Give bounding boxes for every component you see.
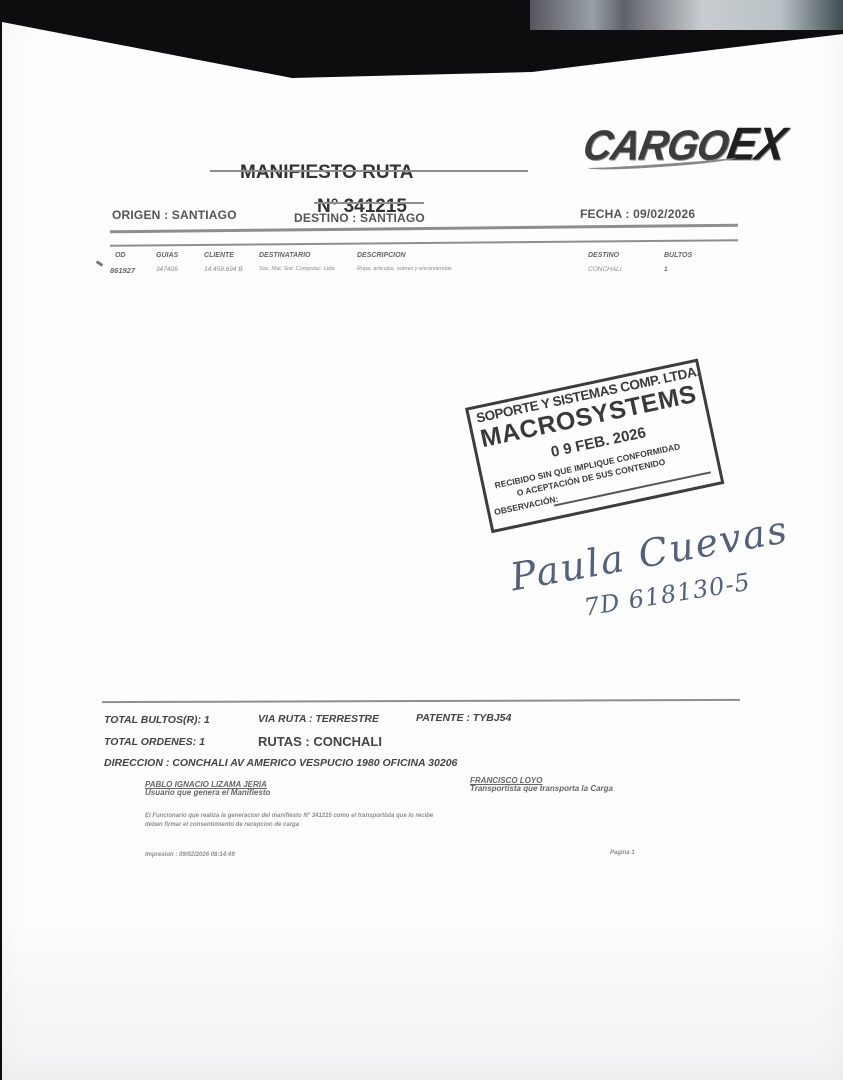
- table-header-rule: [110, 239, 738, 246]
- cell-bultos: 1: [664, 266, 668, 273]
- patente: PATENTE : TYBJ54: [416, 712, 511, 724]
- direccion: DIRECCION : CONCHALI AV AMERICO VESPUCIO…: [104, 757, 457, 769]
- document-title: MANIFIESTO RUTA: [240, 162, 413, 184]
- print-timestamp: Impresion : 09/02/2026 08:14:49: [145, 852, 235, 858]
- reception-stamp: SOPORTE Y SISTEMAS COMP. LTDA. MACROSYST…: [465, 359, 724, 534]
- pen-mark: [96, 260, 103, 266]
- col-header-destino: DESTINO: [588, 252, 619, 259]
- logo-accent: EX: [723, 119, 789, 170]
- generator-role: Usuario que genera el Manifiesto: [145, 788, 270, 797]
- cell-guias: 347406: [156, 266, 178, 273]
- number-rule: [314, 202, 424, 204]
- total-ordenes: TOTAL ORDENES: 1: [104, 736, 205, 748]
- col-header-guias: GUIAS: [156, 252, 178, 259]
- cell-destinatario: Soc. Mac Sist. Computac. Ltda: [259, 266, 335, 272]
- fine-print-line-2: deben firmar el consentimiento de recepc…: [145, 822, 299, 828]
- total-bultos: TOTAL BULTOS(R): 1: [104, 714, 210, 726]
- col-header-bultos: BULTOS: [664, 252, 692, 259]
- cell-cliente: 14.459.694 B: [204, 266, 243, 273]
- stamp-observation: OBSERVACIÓN:: [493, 494, 559, 517]
- cell-od: 861927: [110, 266, 135, 275]
- cell-descripcion: Ropa, articulos, sobres y encomiendas: [357, 266, 452, 272]
- col-header-cliente: CLIENTE: [204, 252, 234, 259]
- table-top-rule: [110, 224, 738, 234]
- fine-print-line-1: El Funcionario que realiza la generacion…: [145, 813, 433, 819]
- background-scene: [530, 0, 843, 30]
- cell-destino: CONCHALI: [588, 266, 622, 273]
- carrier-role: Transportista que transporta la Carga: [470, 784, 613, 793]
- col-header-descripcion: DESCRIPCION: [357, 252, 406, 259]
- page-number: Pagina 1: [610, 850, 635, 856]
- via-ruta: VIA RUTA : TERRESTRE: [258, 713, 379, 725]
- summary-rule: [102, 699, 740, 703]
- col-header-od: OD: [115, 252, 126, 259]
- date-field: FECHA : 09/02/2026: [580, 207, 695, 221]
- title-rule: [210, 170, 528, 172]
- origin-field: ORIGEN : SANTIAGO: [112, 208, 237, 222]
- col-header-destinatario: DESTINATARIO: [259, 252, 310, 259]
- rutas: RUTAS : CONCHALI: [258, 734, 382, 749]
- manifest-paper: CARGOEX MANIFIESTO RUTA N° 341215 ORIGEN…: [2, 16, 843, 1080]
- destination-field: DESTINO : SANTIAGO: [294, 211, 425, 225]
